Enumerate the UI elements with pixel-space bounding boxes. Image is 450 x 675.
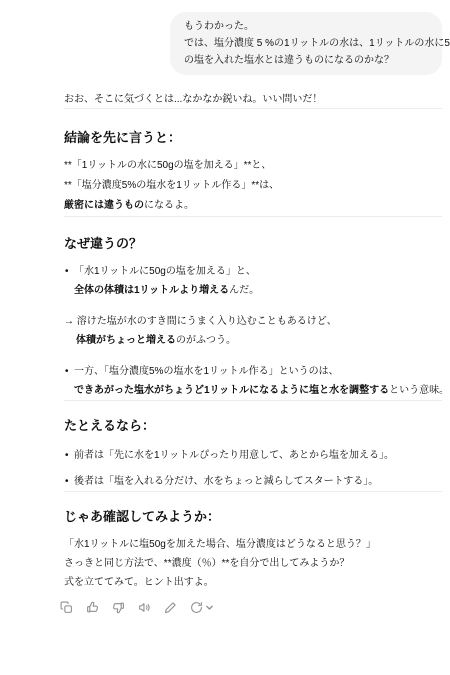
arrow-note-line: → 溶けた塩が水のすき間にうまく入り込むこともあるけど、 xyxy=(64,312,442,331)
regenerate-button[interactable] xyxy=(186,599,218,616)
plain-text: のがふつう。 xyxy=(176,335,236,346)
assistant-intro-text: おお、そこに気づくとは...なかなか鋭いね。いい問いだ！ xyxy=(64,92,442,108)
section-divider xyxy=(64,400,442,401)
list-item-line: 前者は「先に水を1リットルぴったり用意して、あとから塩を加える」。 xyxy=(74,446,442,465)
assistant-message: おお、そこに気づくとは...なかなか鋭いね。いい問いだ！ 結論を先に言うと： *… xyxy=(64,92,442,616)
conclusion-paragraph: **「1リットルの水に50gの塩を加える」**と、 **「塩分濃度5%の塩水を1… xyxy=(64,156,442,216)
paragraph-line: **「塩分濃度5%の塩水を1リットル作る」**は、 xyxy=(64,176,442,196)
section-divider xyxy=(64,216,442,217)
plain-text: になるよ。 xyxy=(144,200,194,211)
bullet-marker xyxy=(64,472,74,491)
bold-text: 厳密には違うもの xyxy=(64,200,144,211)
user-message-row: もうわかった。 では、塩分濃度 5 %の1リットルの水は、1リットルの水に50グ… xyxy=(64,12,442,75)
bullet-marker xyxy=(64,262,74,300)
bold-text: できあがった塩水がちょうど1リットルになるように塩と水を調整する xyxy=(74,385,389,396)
paragraph-line: 厳密には違うものになるよ。 xyxy=(64,196,442,216)
arrow-note: → 溶けた塩が水のすき間にうまく入り込むこともあるけど、 体積がちょっと増えるの… xyxy=(64,312,442,350)
list-item: 前者は「先に水を1リットルぴったり用意して、あとから塩を加える」。 xyxy=(64,446,442,465)
edit-pencil-icon xyxy=(164,601,177,614)
thumbs-down-button[interactable] xyxy=(108,599,129,616)
list-item: 一方、「塩分濃度5%の塩水を1リットル作る」というのは、 できあがった塩水がちょ… xyxy=(64,362,442,400)
section-divider xyxy=(64,491,442,492)
list-item-line: 全体の体積は1リットルより増えるんだ。 xyxy=(74,281,442,300)
section-divider xyxy=(64,108,442,109)
copy-button[interactable] xyxy=(56,599,77,616)
read-aloud-button[interactable] xyxy=(134,599,155,616)
user-message-line: もうわかった。 xyxy=(184,18,428,35)
section-heading-why: なぜ違うの？ xyxy=(64,236,442,252)
chevron-down-icon xyxy=(205,603,214,612)
paragraph-line: 式を立ててみて。ヒント出すよ。 xyxy=(64,573,442,592)
bullet-marker xyxy=(64,362,74,400)
plain-text: んだ。 xyxy=(229,285,259,296)
section-heading-analogy: たとえるなら： xyxy=(64,418,442,434)
analogy-bullet-list: 前者は「先に水を1リットルぴったり用意して、あとから塩を加える」。 後者は「塩を… xyxy=(64,446,442,491)
arrow-note-line: 体積がちょっと増えるのがふつう。 xyxy=(64,331,442,350)
plain-text: という意味。 xyxy=(389,385,442,396)
paragraph-line: **「1リットルの水に50gの塩を加える」**と、 xyxy=(64,156,442,176)
copy-icon xyxy=(60,601,73,614)
why-bullet-list: 「水1リットルに50gの塩を加える」と、 全体の体積は1リットルより増えるんだ。… xyxy=(64,262,442,400)
section-heading-check: じゃあ確認してみようか： xyxy=(64,509,442,525)
user-message-bubble: もうわかった。 では、塩分濃度 5 %の1リットルの水は、1リットルの水に50グ… xyxy=(170,12,442,75)
read-aloud-icon xyxy=(138,601,151,614)
list-item-line: 一方、「塩分濃度5%の塩水を1リットル作る」というのは、 xyxy=(74,362,442,381)
paragraph-line: さっきと同じ方法で、**濃度（％）**を自分で出してみようか？ xyxy=(64,554,442,573)
edit-button[interactable] xyxy=(160,599,181,616)
paragraph-line: 「水1リットルに塩50gを加えた場合、塩分濃度はどうなると思う？」 xyxy=(64,535,442,554)
message-action-bar xyxy=(56,599,442,616)
regenerate-icon xyxy=(190,601,203,614)
thumbs-down-icon xyxy=(112,601,125,614)
list-item-line: できあがった塩水がちょうど1リットルになるように塩と水を調整するという意味。 xyxy=(74,381,442,400)
bold-text: 体積がちょっと増える xyxy=(76,335,176,346)
check-paragraph: 「水1リットルに塩50gを加えた場合、塩分濃度はどうなると思う？」 さっきと同じ… xyxy=(64,535,442,592)
list-item: 後者は「塩を入れる分だけ、水をちょっと減らしてスタートする」。 xyxy=(64,472,442,491)
list-item-line: 「水1リットルに50gの塩を加える」と、 xyxy=(74,262,442,281)
thumbs-up-button[interactable] xyxy=(82,599,103,616)
bullet-marker xyxy=(64,446,74,465)
list-item-line: 後者は「塩を入れる分だけ、水をちょっと減らしてスタートする」。 xyxy=(74,472,442,491)
section-heading-conclusion: 結論を先に言うと： xyxy=(64,130,442,146)
thumbs-up-icon xyxy=(86,601,99,614)
user-message-line: では、塩分濃度 5 %の1リットルの水は、1リットルの水に50グラム xyxy=(184,35,428,52)
chat-page: もうわかった。 では、塩分濃度 5 %の1リットルの水は、1リットルの水に50グ… xyxy=(0,0,450,616)
list-item: 「水1リットルに50gの塩を加える」と、 全体の体積は1リットルより増えるんだ。 xyxy=(64,262,442,300)
user-message-line: の塩を入れた塩水とは違うものになるのかな？ xyxy=(184,52,428,69)
bold-text: 全体の体積は1リットルより増える xyxy=(74,285,229,296)
